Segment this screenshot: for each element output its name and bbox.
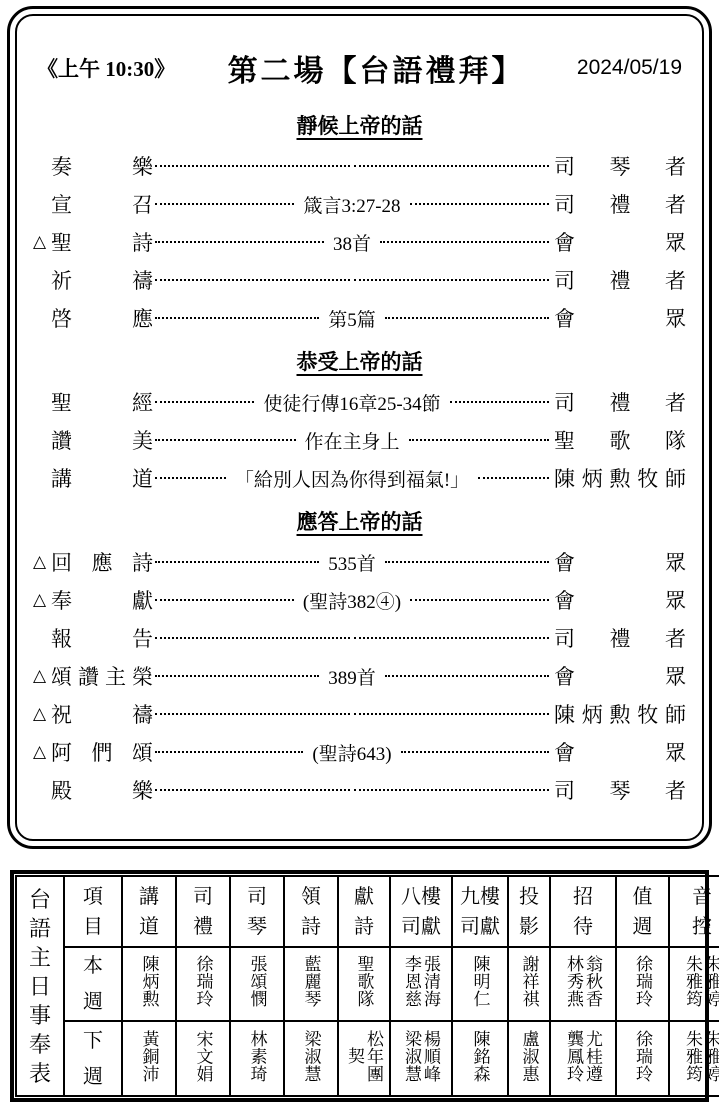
duty-name-cell: 盧淑惠 [508,1021,550,1096]
item-role: 聖歌隊 [554,425,686,455]
duty-name-cell: 陳炳勲 [122,947,176,1021]
duty-name-cell: 黃銅沛 [122,1021,176,1096]
stand-mark: △ [33,590,51,610]
program-row: 宣召 箴言3:27-28 司禮者 [31,185,688,223]
leader-line: 535首 [153,549,551,576]
duty-col-header: 八樓 司獻 [390,876,452,947]
program-row: △ 聖詩 38首 會眾 [31,223,688,261]
item-role: 司琴者 [554,775,686,805]
program-row: 講道 「給別人因為你得到福氣!」 陳炳勲牧師 [31,459,688,497]
duty-col-header: 司 琴 [230,876,284,947]
program-row: 啓應 第5篇 會眾 [31,299,688,337]
program-row: △ 回應詩 535首 會眾 [31,543,688,581]
item-role: 會眾 [554,303,686,333]
duty-name-cell: 楊順峰 梁淑慧 [390,1021,452,1096]
duty-name-cell: 林素琦 [230,1021,284,1096]
item-label: 聖經 [51,387,153,417]
item-label: 宣召 [51,189,153,219]
leader-line [153,279,551,281]
duty-name-cell: 徐瑞玲 [616,947,669,1021]
program-outer-border: 《上午 10:30》 第二場【台語禮拜】 2024/05/19 靜候上帝的話 奏… [7,6,712,849]
item-detail: (聖詩382④) [296,587,408,614]
leader-line: 箴言3:27-28 [153,191,551,218]
duty-name-cell: 梁淑慧 [284,1021,338,1096]
duty-name-cell: 翁秋香 林秀燕 [550,947,616,1021]
item-detail: 535首 [321,549,383,576]
service-time: 《上午 10:30》 [37,53,175,83]
item-label: 奉獻 [51,585,153,615]
duty-col-header: 九樓 司獻 [452,876,508,947]
item-role: 會眾 [554,737,686,767]
leader-line: 第5篇 [153,305,551,332]
item-label: 回應詩 [51,547,153,577]
leader-line: (聖詩382④) [153,587,551,614]
leader-line: 389首 [153,663,551,690]
item-label: 頌讚主榮 [51,661,153,691]
duty-col-header: 值 週 [616,876,669,947]
duty-table: 台 語 主 日 事 奉 表 項 目 講 道 司 禮 司 琴 領 詩 獻 詩 八樓… [15,875,719,1097]
duty-col-header: 招 待 [550,876,616,947]
program-row: 祈禱 司禮者 [31,261,688,299]
duty-col-header: 投 影 [508,876,550,947]
duty-name-cell: 陳明仁 [452,947,508,1021]
item-label: 祈禱 [51,265,153,295]
duty-table-border: 台 語 主 日 事 奉 表 項 目 講 道 司 禮 司 琴 領 詩 獻 詩 八樓… [10,870,709,1102]
stand-mark: △ [33,742,51,762]
bulletin-page: 《上午 10:30》 第二場【台語禮拜】 2024/05/19 靜候上帝的話 奏… [0,0,719,1102]
leader-line: 作在主身上 [153,427,551,454]
duty-name-cell: 松年團契 [338,1021,390,1096]
leader-line: 「給別人因為你得到福氣!」 [153,465,551,492]
duty-col-header: 獻 詩 [338,876,390,947]
duty-name-cell: 陳銘森 [452,1021,508,1096]
item-role: 司禮者 [554,189,686,219]
item-detail: 389首 [321,663,383,690]
duty-col-header: 司 禮 [176,876,230,947]
section-heading: 應答上帝的話 [31,506,688,536]
leader-line [153,637,551,639]
duty-name-cell: 聖歌隊 [338,947,390,1021]
item-detail: 使徒行傳16章25-34節 [256,389,447,416]
program-row: △ 奉獻 (聖詩382④) 會眾 [31,581,688,619]
duty-name-cell: 藍麗琴 [284,947,338,1021]
stand-mark: △ [33,704,51,724]
duty-name-cell: 朱雅婷 朱雅筠 [669,1021,719,1096]
item-detail: 箴言3:27-28 [296,191,407,218]
duty-table-title: 台 語 主 日 事 奉 表 [16,876,64,1096]
item-detail: (聖詩643) [305,739,398,766]
duty-row-label: 本 週 [64,947,122,1021]
duty-name-cell: 張清海 李恩慈 [390,947,452,1021]
section-heading: 恭受上帝的話 [31,346,688,376]
duty-name-cell: 朱雅婷 朱雅筠 [669,947,719,1021]
item-label: 講道 [51,463,153,493]
leader-line [153,165,551,167]
item-label: 報告 [51,623,153,653]
item-role: 陳炳勲牧師 [554,463,686,493]
program-row: 聖經 使徒行傳16章25-34節 司禮者 [31,383,688,421]
leader-line [153,789,551,791]
item-detail: 作在主身上 [298,427,407,454]
duty-name-cell: 張頌憫 [230,947,284,1021]
program-row: 報告 司禮者 [31,619,688,657]
duty-name-cell: 謝祥祺 [508,947,550,1021]
program-header: 《上午 10:30》 第二場【台語禮拜】 2024/05/19 [37,46,682,90]
item-label: 殿樂 [51,775,153,805]
item-role: 司禮者 [554,387,686,417]
service-date: 2024/05/19 [577,56,682,80]
leader-line: 38首 [153,229,551,256]
section-heading: 靜候上帝的話 [31,110,688,140]
program-row: 讚美 作在主身上 聖歌隊 [31,421,688,459]
item-role: 司禮者 [554,265,686,295]
leader-line: (聖詩643) [153,739,551,766]
program-sheet: 《上午 10:30》 第二場【台語禮拜】 2024/05/19 靜候上帝的話 奏… [15,14,704,841]
leader-line: 使徒行傳16章25-34節 [153,389,551,416]
item-label: 讚美 [51,425,153,455]
duty-col-header: 講 道 [122,876,176,947]
program-row: △ 頌讚主榮 389首 會眾 [31,657,688,695]
item-role: 會眾 [554,227,686,257]
item-role: 司禮者 [554,623,686,653]
duty-name-cell: 尤桂遵 龔鳳玲 [550,1021,616,1096]
stand-mark: △ [33,666,51,686]
item-label: 啓應 [51,303,153,333]
item-detail: 「給別人因為你得到福氣!」 [228,465,476,492]
item-role: 司琴者 [554,151,686,181]
item-label: 奏樂 [51,151,153,181]
item-role: 會眾 [554,585,686,615]
item-role: 會眾 [554,547,686,577]
duty-col-header: 領 詩 [284,876,338,947]
duty-name-cell: 徐瑞玲 [176,947,230,1021]
program-row: 殿樂 司琴者 [31,771,688,809]
item-label: 祝禱 [51,699,153,729]
program-row: △ 祝禱 陳炳勲牧師 [31,695,688,733]
stand-mark: △ [33,552,51,572]
program-row: △ 阿們頌 (聖詩643) 會眾 [31,733,688,771]
duty-col-header: 音 控 [669,876,719,947]
item-role: 會眾 [554,661,686,691]
item-detail: 38首 [326,229,378,256]
leader-line [153,713,551,715]
item-role: 陳炳勲牧師 [554,699,686,729]
duty-name-cell: 徐瑞玲 [616,1021,669,1096]
stand-mark: △ [33,232,51,252]
item-detail: 第5篇 [321,305,383,332]
item-label: 阿們頌 [51,737,153,767]
duty-name-cell: 宋文娟 [176,1021,230,1096]
item-label: 聖詩 [51,227,153,257]
program-row: 奏樂 司琴者 [31,147,688,185]
duty-col-header: 項 目 [64,876,122,947]
duty-row-label: 下 週 [64,1021,122,1096]
page-title: 第二場【台語禮拜】 [175,46,577,90]
